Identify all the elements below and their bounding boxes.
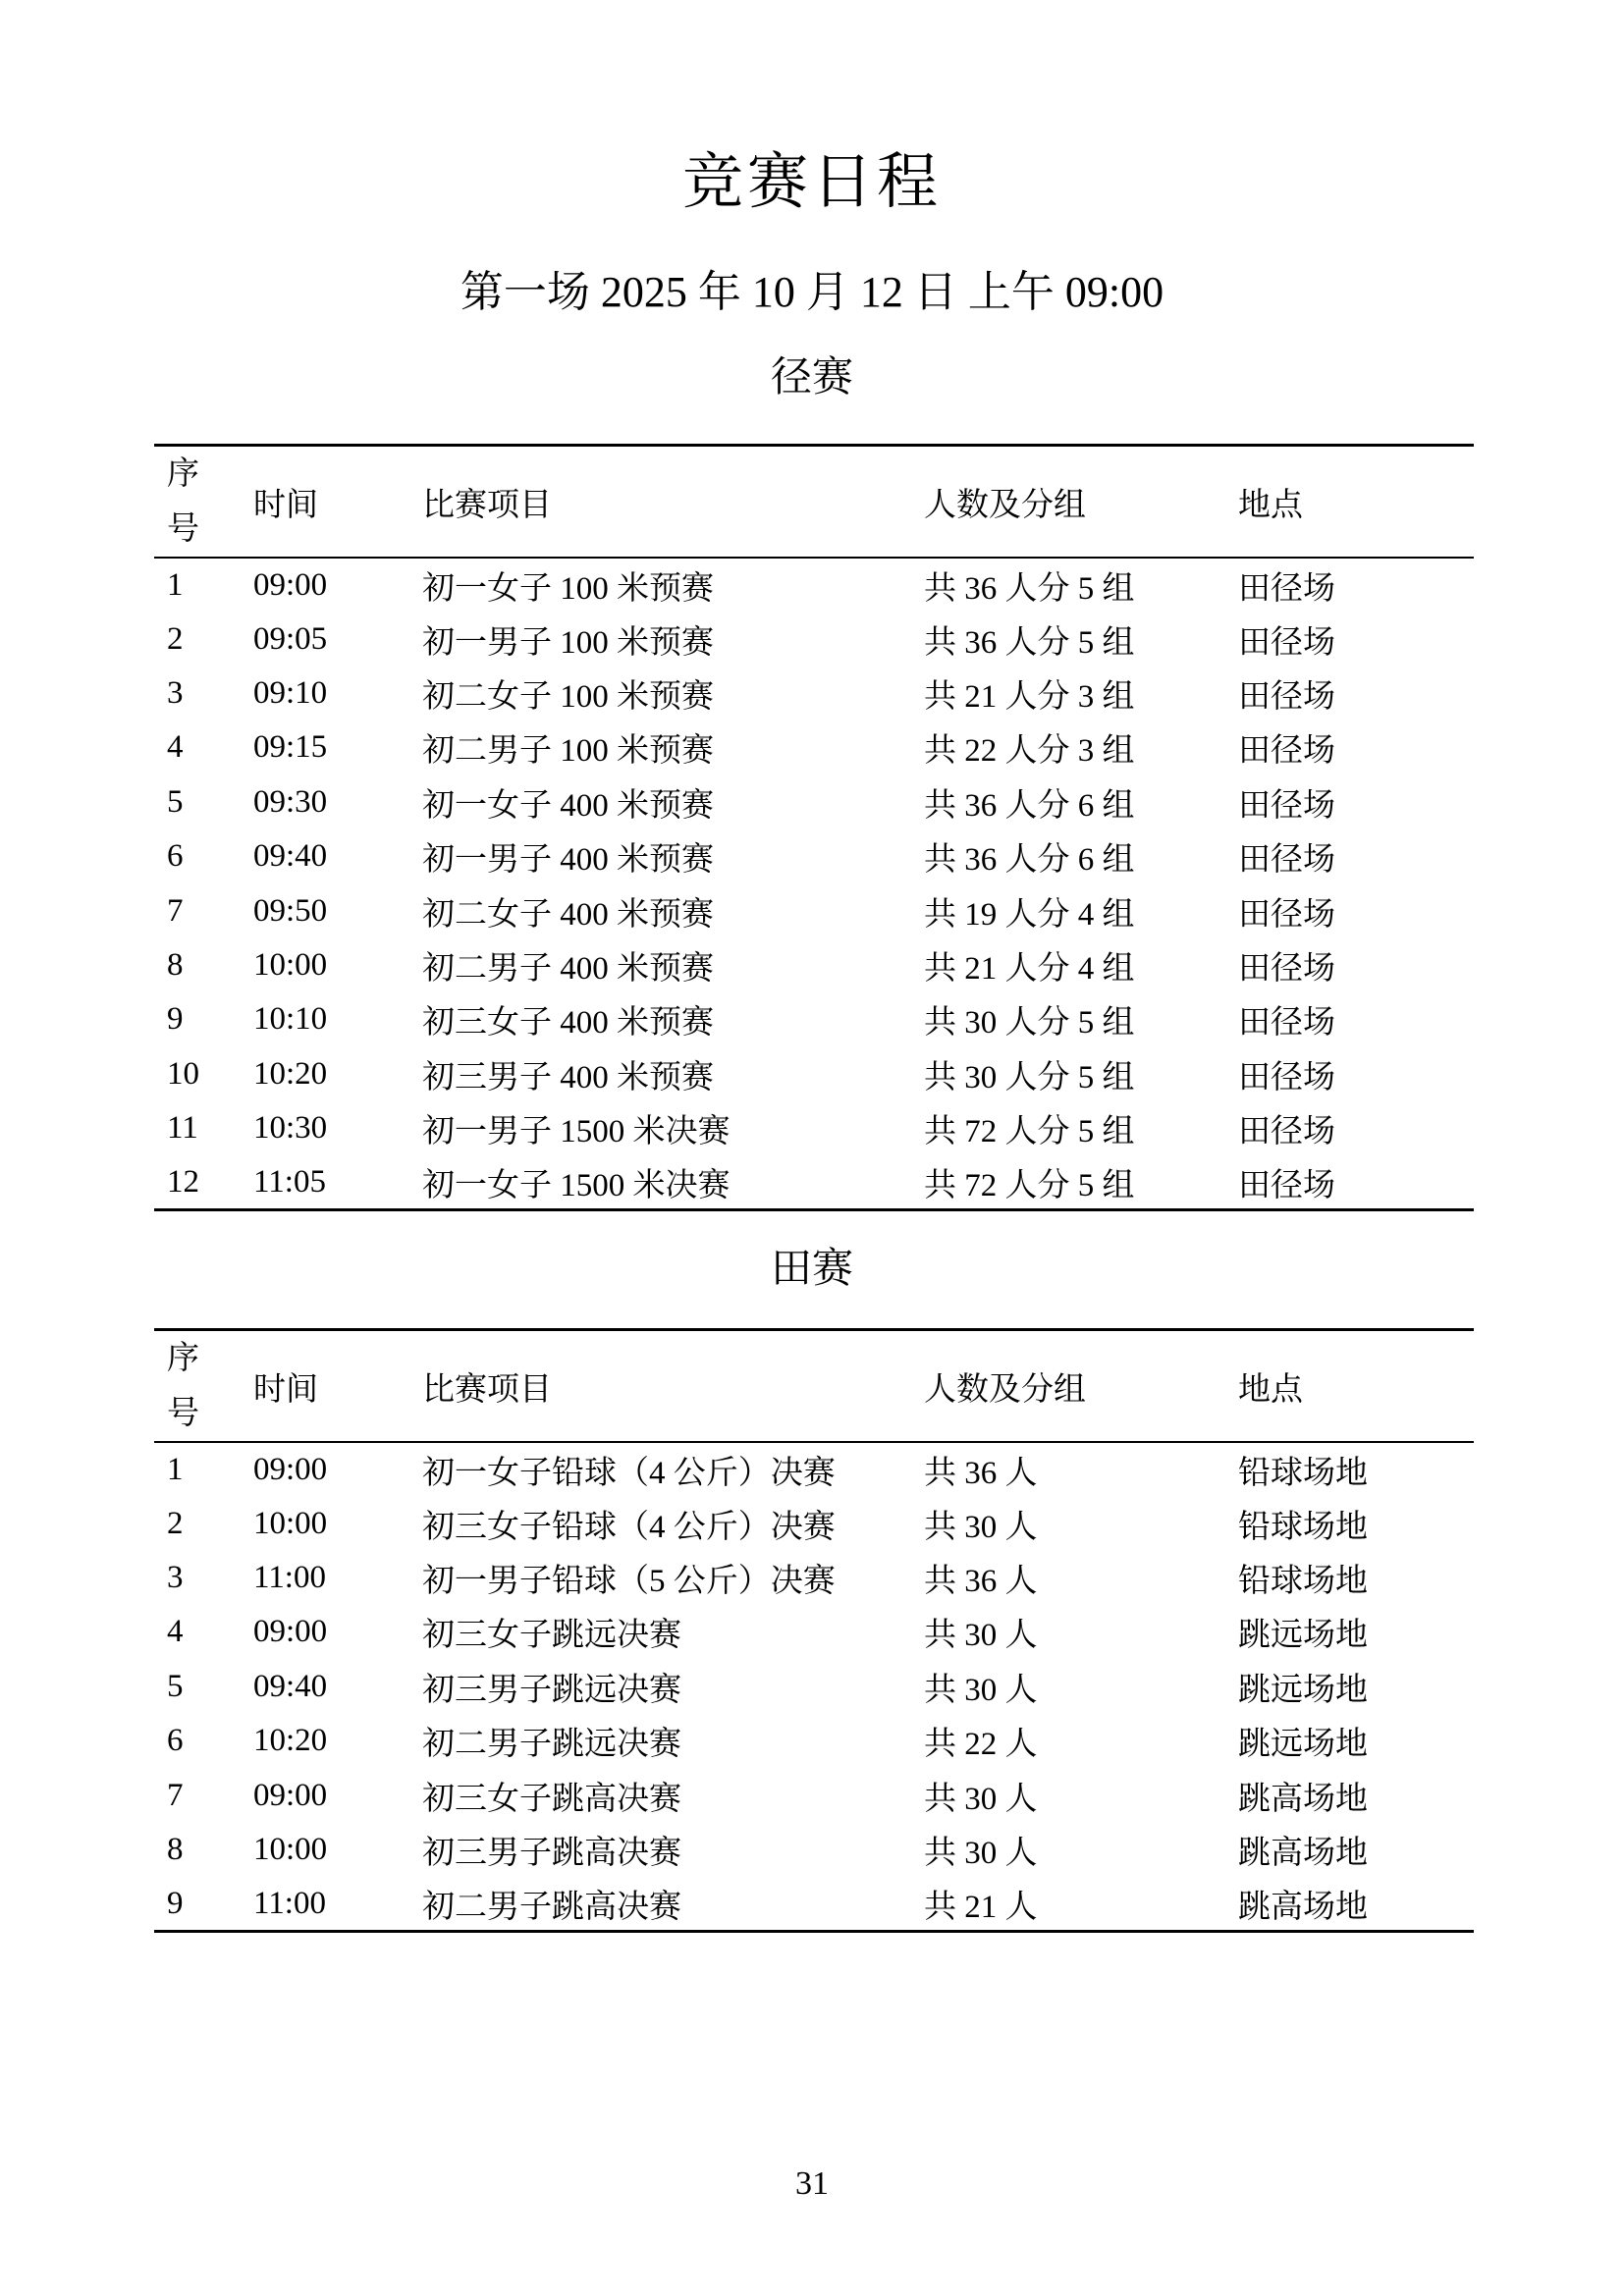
table-cell: 田径场	[1238, 558, 1474, 612]
table-cell: 初一男子 1500 米决赛	[422, 1101, 924, 1155]
table-cell: 初一女子 1500 米决赛	[422, 1155, 924, 1209]
table-cell: 10:20	[253, 1047, 422, 1101]
table-cell: 田径场	[1238, 1155, 1474, 1209]
column-header-location: 地点	[1238, 446, 1474, 559]
table-cell: 初三女子跳高决赛	[422, 1768, 924, 1822]
table-cell: 铅球场地	[1238, 1442, 1474, 1496]
table-row: 209:05初一男子 100 米预赛共 36 人分 5 组田径场	[154, 612, 1474, 666]
table-cell: 09:40	[253, 829, 422, 883]
column-header-event: 比赛项目	[422, 446, 924, 559]
table-cell: 10:00	[253, 1496, 422, 1550]
table-row: 309:10初二女子 100 米预赛共 21 人分 3 组田径场	[154, 667, 1474, 721]
table-cell: 初三女子铅球（4 公斤）决赛	[422, 1496, 924, 1550]
table-cell: 田径场	[1238, 992, 1474, 1046]
table-cell: 共 72 人分 5 组	[924, 1155, 1238, 1209]
table-row: 1010:20初三男子 400 米预赛共 30 人分 5 组田径场	[154, 1047, 1474, 1101]
table-cell: 5	[154, 775, 253, 829]
table-row: 709:50初二女子 400 米预赛共 19 人分 4 组田径场	[154, 883, 1474, 937]
table-cell: 田径场	[1238, 883, 1474, 937]
table-cell: 共 36 人	[924, 1551, 1238, 1605]
table-row: 911:00初二男子跳高决赛共 21 人跳高场地	[154, 1877, 1474, 1931]
table-cell: 12	[154, 1155, 253, 1209]
table-cell: 初一女子铅球（4 公斤）决赛	[422, 1442, 924, 1496]
table-cell: 共 30 人	[924, 1768, 1238, 1822]
table-cell: 铅球场地	[1238, 1551, 1474, 1605]
table-cell: 田径场	[1238, 667, 1474, 721]
table-cell: 09:00	[253, 558, 422, 612]
table-row: 409:00初三女子跳远决赛共 30 人跳远场地	[154, 1605, 1474, 1659]
table-row: 109:00初一女子铅球（4 公斤）决赛共 36 人铅球场地	[154, 1442, 1474, 1496]
table-cell: 初三女子跳远决赛	[422, 1605, 924, 1659]
table-cell: 09:00	[253, 1442, 422, 1496]
table-cell: 6	[154, 1714, 253, 1768]
table-cell: 11:05	[253, 1155, 422, 1209]
table-cell: 7	[154, 883, 253, 937]
table-cell: 11:00	[253, 1877, 422, 1931]
table-cell: 3	[154, 1551, 253, 1605]
track-events-table: 序号 时间 比赛项目 人数及分组 地点 109:00初一女子 100 米预赛共 …	[154, 444, 1474, 1211]
column-header-participants: 人数及分组	[924, 446, 1238, 559]
column-header-number-label: 序号	[167, 447, 202, 557]
table-row: 210:00初三女子铅球（4 公斤）决赛共 30 人铅球场地	[154, 1496, 1474, 1550]
table-cell: 3	[154, 667, 253, 721]
table-cell: 初二男子 100 米预赛	[422, 721, 924, 774]
table-row: 311:00初一男子铅球（5 公斤）决赛共 36 人铅球场地	[154, 1551, 1474, 1605]
field-table-header-row: 序号 时间 比赛项目 人数及分组 地点	[154, 1330, 1474, 1443]
column-header-time: 时间	[253, 446, 422, 559]
track-table-header-row: 序号 时间 比赛项目 人数及分组 地点	[154, 446, 1474, 559]
table-cell: 铅球场地	[1238, 1496, 1474, 1550]
table-cell: 初一男子铅球（5 公斤）决赛	[422, 1551, 924, 1605]
table-row: 609:40初一男子 400 米预赛共 36 人分 6 组田径场	[154, 829, 1474, 883]
table-cell: 田径场	[1238, 775, 1474, 829]
table-row: 1110:30初一男子 1500 米决赛共 72 人分 5 组田径场	[154, 1101, 1474, 1155]
column-header-location: 地点	[1238, 1330, 1474, 1443]
table-cell: 1	[154, 558, 253, 612]
table-cell: 初一男子 100 米预赛	[422, 612, 924, 666]
table-cell: 初二男子跳高决赛	[422, 1877, 924, 1931]
table-cell: 10:20	[253, 1714, 422, 1768]
table-row: 709:00初三女子跳高决赛共 30 人跳高场地	[154, 1768, 1474, 1822]
table-cell: 10:00	[253, 938, 422, 992]
table-cell: 5	[154, 1660, 253, 1714]
table-cell: 10:00	[253, 1823, 422, 1877]
column-header-event: 比赛项目	[422, 1330, 924, 1443]
table-cell: 11	[154, 1101, 253, 1155]
field-events-table: 序号 时间 比赛项目 人数及分组 地点 109:00初一女子铅球（4 公斤）决赛…	[154, 1328, 1474, 1933]
table-row: 509:40初三男子跳远决赛共 30 人跳远场地	[154, 1660, 1474, 1714]
table-cell: 09:40	[253, 1660, 422, 1714]
table-cell: 初一女子 100 米预赛	[422, 558, 924, 612]
table-cell: 共 22 人分 3 组	[924, 721, 1238, 774]
column-header-number: 序号	[154, 446, 253, 559]
table-row: 409:15初二男子 100 米预赛共 22 人分 3 组田径场	[154, 721, 1474, 774]
column-header-number: 序号	[154, 1330, 253, 1443]
table-cell: 09:15	[253, 721, 422, 774]
table-cell: 8	[154, 1823, 253, 1877]
table-cell: 共 36 人分 5 组	[924, 612, 1238, 666]
table-cell: 10	[154, 1047, 253, 1101]
column-header-time: 时间	[253, 1330, 422, 1443]
table-row: 910:10初三女子 400 米预赛共 30 人分 5 组田径场	[154, 992, 1474, 1046]
table-cell: 09:00	[253, 1768, 422, 1822]
table-cell: 共 22 人	[924, 1714, 1238, 1768]
table-cell: 8	[154, 938, 253, 992]
table-cell: 共 30 人	[924, 1496, 1238, 1550]
table-cell: 共 21 人分 4 组	[924, 938, 1238, 992]
table-cell: 11:00	[253, 1551, 422, 1605]
table-cell: 共 30 人分 5 组	[924, 1047, 1238, 1101]
column-header-participants: 人数及分组	[924, 1330, 1238, 1443]
table-cell: 跳高场地	[1238, 1768, 1474, 1822]
table-cell: 田径场	[1238, 721, 1474, 774]
field-section-title: 田赛	[0, 1243, 1624, 1296]
table-row: 509:30初一女子 400 米预赛共 36 人分 6 组田径场	[154, 775, 1474, 829]
table-cell: 共 36 人分 6 组	[924, 775, 1238, 829]
table-cell: 跳远场地	[1238, 1714, 1474, 1768]
field-table-body: 109:00初一女子铅球（4 公斤）决赛共 36 人铅球场地210:00初三女子…	[154, 1442, 1474, 1932]
table-cell: 1	[154, 1442, 253, 1496]
table-cell: 初二男子跳远决赛	[422, 1714, 924, 1768]
table-cell: 共 19 人分 4 组	[924, 883, 1238, 937]
page-title: 竞赛日程	[0, 145, 1624, 220]
table-cell: 初一女子 400 米预赛	[422, 775, 924, 829]
table-cell: 田径场	[1238, 1101, 1474, 1155]
table-cell: 初二女子 100 米预赛	[422, 667, 924, 721]
table-cell: 共 30 人	[924, 1605, 1238, 1659]
page-number: 31	[0, 2163, 1624, 2205]
table-cell: 共 30 人	[924, 1823, 1238, 1877]
track-table-body: 109:00初一女子 100 米预赛共 36 人分 5 组田径场209:05初一…	[154, 558, 1474, 1210]
table-cell: 跳远场地	[1238, 1605, 1474, 1659]
table-cell: 9	[154, 992, 253, 1046]
table-cell: 跳高场地	[1238, 1823, 1474, 1877]
table-cell: 共 21 人分 3 组	[924, 667, 1238, 721]
table-cell: 初一男子 400 米预赛	[422, 829, 924, 883]
table-cell: 田径场	[1238, 1047, 1474, 1101]
table-cell: 初三男子跳远决赛	[422, 1660, 924, 1714]
table-cell: 跳远场地	[1238, 1660, 1474, 1714]
table-cell: 09:00	[253, 1605, 422, 1659]
table-row: 109:00初一女子 100 米预赛共 36 人分 5 组田径场	[154, 558, 1474, 612]
table-cell: 4	[154, 721, 253, 774]
table-cell: 初三男子跳高决赛	[422, 1823, 924, 1877]
table-cell: 9	[154, 1877, 253, 1931]
table-row: 610:20初二男子跳远决赛共 22 人跳远场地	[154, 1714, 1474, 1768]
table-cell: 09:50	[253, 883, 422, 937]
table-cell: 跳高场地	[1238, 1877, 1474, 1931]
table-cell: 09:10	[253, 667, 422, 721]
table-cell: 共 21 人	[924, 1877, 1238, 1931]
table-cell: 2	[154, 612, 253, 666]
table-row: 810:00初二男子 400 米预赛共 21 人分 4 组田径场	[154, 938, 1474, 992]
table-cell: 田径场	[1238, 612, 1474, 666]
table-row: 810:00初三男子跳高决赛共 30 人跳高场地	[154, 1823, 1474, 1877]
column-header-number-label: 序号	[167, 1331, 202, 1441]
table-cell: 共 36 人分 5 组	[924, 558, 1238, 612]
track-section-title: 径赛	[0, 351, 1624, 404]
table-cell: 09:05	[253, 612, 422, 666]
table-cell: 10:30	[253, 1101, 422, 1155]
table-cell: 7	[154, 1768, 253, 1822]
table-cell: 共 30 人	[924, 1660, 1238, 1714]
table-cell: 6	[154, 829, 253, 883]
table-row: 1211:05初一女子 1500 米决赛共 72 人分 5 组田径场	[154, 1155, 1474, 1209]
table-cell: 初二女子 400 米预赛	[422, 883, 924, 937]
table-cell: 10:10	[253, 992, 422, 1046]
session-heading: 第一场 2025 年 10 月 12 日 上午 09:00	[0, 265, 1624, 320]
table-cell: 共 72 人分 5 组	[924, 1101, 1238, 1155]
table-cell: 09:30	[253, 775, 422, 829]
table-cell: 2	[154, 1496, 253, 1550]
table-cell: 初二男子 400 米预赛	[422, 938, 924, 992]
table-cell: 初三男子 400 米预赛	[422, 1047, 924, 1101]
document-page: 竞赛日程 第一场 2025 年 10 月 12 日 上午 09:00 径赛 序号…	[0, 0, 1624, 2296]
table-cell: 初三女子 400 米预赛	[422, 992, 924, 1046]
table-cell: 共 36 人	[924, 1442, 1238, 1496]
table-cell: 田径场	[1238, 829, 1474, 883]
table-cell: 共 30 人分 5 组	[924, 992, 1238, 1046]
table-cell: 4	[154, 1605, 253, 1659]
table-cell: 田径场	[1238, 938, 1474, 992]
table-cell: 共 36 人分 6 组	[924, 829, 1238, 883]
